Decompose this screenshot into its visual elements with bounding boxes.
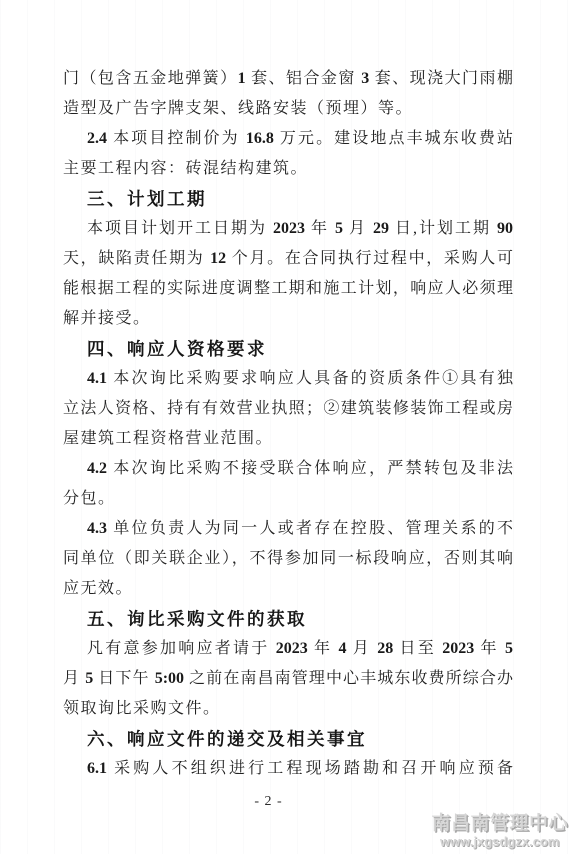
section-heading: 三、计划工期 bbox=[63, 184, 513, 214]
document-line: 屋建筑工程资格营业范围。 bbox=[63, 424, 513, 454]
document-line: 分包。 bbox=[63, 484, 513, 514]
document-line: 立法人资格、持有有效营业执照；②建筑装修装饰工程或房 bbox=[63, 394, 513, 424]
document-line: 天，缺陷责任期为 12 个月。在合同执行过程中，采购人可 bbox=[63, 244, 513, 274]
document-line: 2.4 本项目控制价为 16.8 万元。建设地点丰城东收费站 bbox=[63, 124, 513, 154]
document-line: 能根据工程的实际进度调整工期和施工计划，响应人必须理 bbox=[63, 274, 513, 304]
document-body: 门（包含五金地弹簧）1 套、铝合金窗 3 套、现浇大门雨棚造型及广告字牌支架、线… bbox=[63, 64, 513, 784]
document-line: 主要工程内容：砖混结构建筑。 bbox=[63, 154, 513, 184]
scanned-document-page: { "page": { "background": "#ffffff", "te… bbox=[0, 0, 573, 854]
document-line: 4.1 本次询比采购要求响应人具备的资质条件①具有独 bbox=[63, 364, 513, 394]
document-line: 领取询比采购文件。 bbox=[63, 694, 513, 724]
section-heading: 六、响应文件的递交及相关事宜 bbox=[63, 724, 513, 754]
document-line: 解并接受。 bbox=[63, 304, 513, 334]
section-heading: 五、询比采购文件的获取 bbox=[63, 604, 513, 634]
watermark-url: www.jxgsdgzx.com bbox=[431, 835, 568, 849]
document-line: 凡有意参加响应者请于 2023 年 4 月 28 日至 2023 年 5 bbox=[63, 634, 513, 664]
document-line: 造型及广告字牌支架、线路安装（预埋）等。 bbox=[63, 94, 513, 124]
document-line: 4.2 本次询比采购不接受联合体响应，严禁转包及非法 bbox=[63, 454, 513, 484]
document-line: 6.1 采购人不组织进行工程现场踏勘和召开响应预备 bbox=[63, 754, 513, 784]
document-line: 门（包含五金地弹簧）1 套、铝合金窗 3 套、现浇大门雨棚 bbox=[63, 64, 513, 94]
watermark: 南昌南管理中心 www.jxgsdgzx.com bbox=[431, 814, 568, 849]
watermark-title: 南昌南管理中心 bbox=[431, 814, 568, 835]
document-line: 应无效。 bbox=[63, 574, 513, 604]
document-line: 4.3 单位负责人为同一人或者存在控股、管理关系的不 bbox=[63, 514, 513, 544]
document-line: 本项目计划开工日期为 2023 年 5 月 29 日,计划工期 90 bbox=[63, 214, 513, 244]
section-heading: 四、响应人资格要求 bbox=[63, 334, 513, 364]
document-line: 同单位（即关联企业），不得参加同一标段响应，否则其响 bbox=[63, 544, 513, 574]
page-number: - 2 - bbox=[0, 794, 537, 810]
document-line: 月 5 日下午 5:00 之前在南昌南管理中心丰城东收费所综合办 bbox=[63, 664, 513, 694]
